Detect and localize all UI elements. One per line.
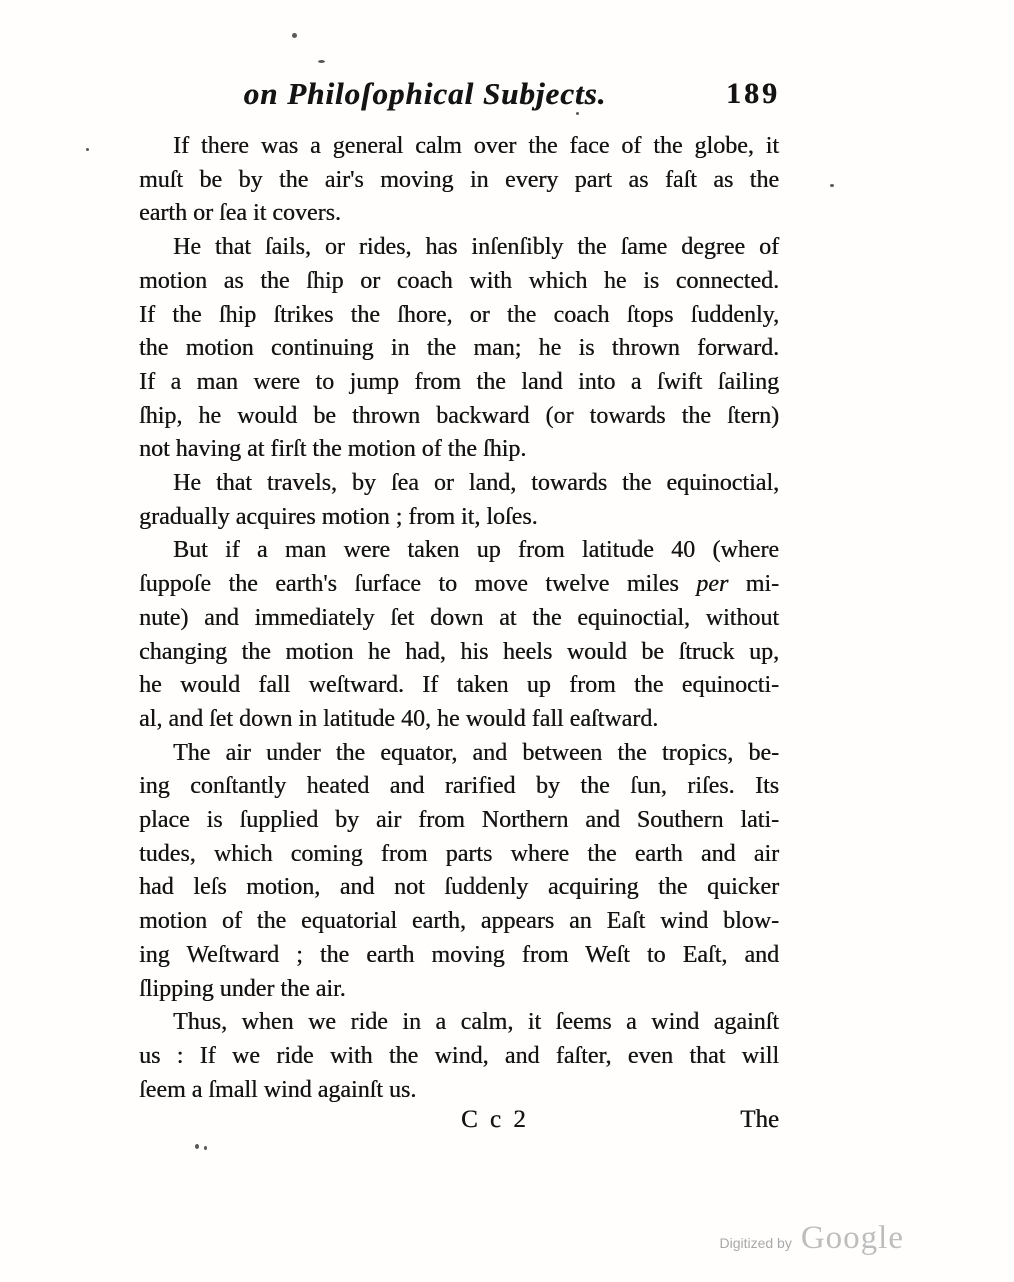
text-line: had leſs motion, and not ſuddenly acquir… — [139, 871, 779, 905]
page-number: 189 — [726, 77, 780, 111]
text-line: ing conſtantly heated and rarified by th… — [139, 770, 779, 804]
ink-speck — [292, 33, 297, 38]
digitized-by-label: Digitized by — [719, 1235, 791, 1251]
signature-mark: C c 2 — [461, 1106, 529, 1134]
google-logo: Google — [801, 1220, 904, 1257]
text-line: He that ſails, or rides, has inſenſibly … — [139, 231, 779, 265]
text-line: he would fall weſtward. If taken up from… — [139, 669, 779, 703]
text-line: But if a man were taken up from latitude… — [139, 534, 779, 568]
text-line: He that travels, by ſea or land, towards… — [139, 467, 779, 501]
book-page: on Philoſophical Subjects. 189 If there … — [0, 0, 1014, 1282]
text-line: the motion continuing in the man; he is … — [139, 332, 779, 366]
text-line: Thus, when we ride in a calm, it ſeems a… — [139, 1006, 779, 1040]
page-header: on Philoſophical Subjects. 189 — [140, 76, 780, 120]
text-line: ſlipping under the air. — [139, 973, 779, 1007]
ink-speck — [195, 1144, 199, 1149]
ink-speck — [86, 148, 89, 151]
page-footer: C c 2 The — [139, 1106, 779, 1142]
text-line: If the ſhip ſtrikes the ſhore, or the co… — [139, 299, 779, 333]
text-line: motion of the equatorial earth, appears … — [139, 905, 779, 939]
text-line: us : If we ride with the wind, and faſte… — [139, 1040, 779, 1074]
text-line: gradually acquires motion ; from it, loſ… — [139, 501, 779, 535]
text-line: al, and ſet down in latitude 40, he woul… — [139, 703, 779, 737]
text-line: ſhip, he would be thrown backward (or to… — [139, 400, 779, 434]
body-text: If there was a general calm over the fac… — [139, 130, 779, 1107]
text-line: If there was a general calm over the fac… — [139, 130, 779, 164]
text-line: changing the motion he had, his heels wo… — [139, 636, 779, 670]
text-line: earth or ſea it covers. — [139, 197, 779, 231]
text-line: If a man were to jump from the land into… — [139, 366, 779, 400]
text-line: ing Weſtward ; the earth moving from Weſ… — [139, 939, 779, 973]
text-line: motion as the ſhip or coach with which h… — [139, 265, 779, 299]
digitized-watermark: Digitized by Google — [719, 1220, 904, 1257]
ink-speck — [830, 184, 834, 187]
ink-speck — [204, 1146, 207, 1150]
catchword: The — [740, 1106, 779, 1134]
text-line: not having at firſt the motion of the ſh… — [139, 433, 779, 467]
text-line: muſt be by the air's moving in every par… — [139, 164, 779, 198]
text-line: tudes, which coming from parts where the… — [139, 838, 779, 872]
text-line: ſeem a ſmall wind againſt us. — [139, 1074, 779, 1108]
text-line: The air under the equator, and between t… — [139, 737, 779, 771]
ink-speck — [576, 112, 579, 115]
text-line: nute) and immediately ſet down at the eq… — [139, 602, 779, 636]
text-line: place is ſupplied by air from Northern a… — [139, 804, 779, 838]
ink-speck — [318, 60, 325, 63]
running-title: on Philoſophical Subjects. — [140, 76, 710, 112]
text-line: ſuppoſe the earth's ſurface to move twel… — [139, 568, 779, 602]
